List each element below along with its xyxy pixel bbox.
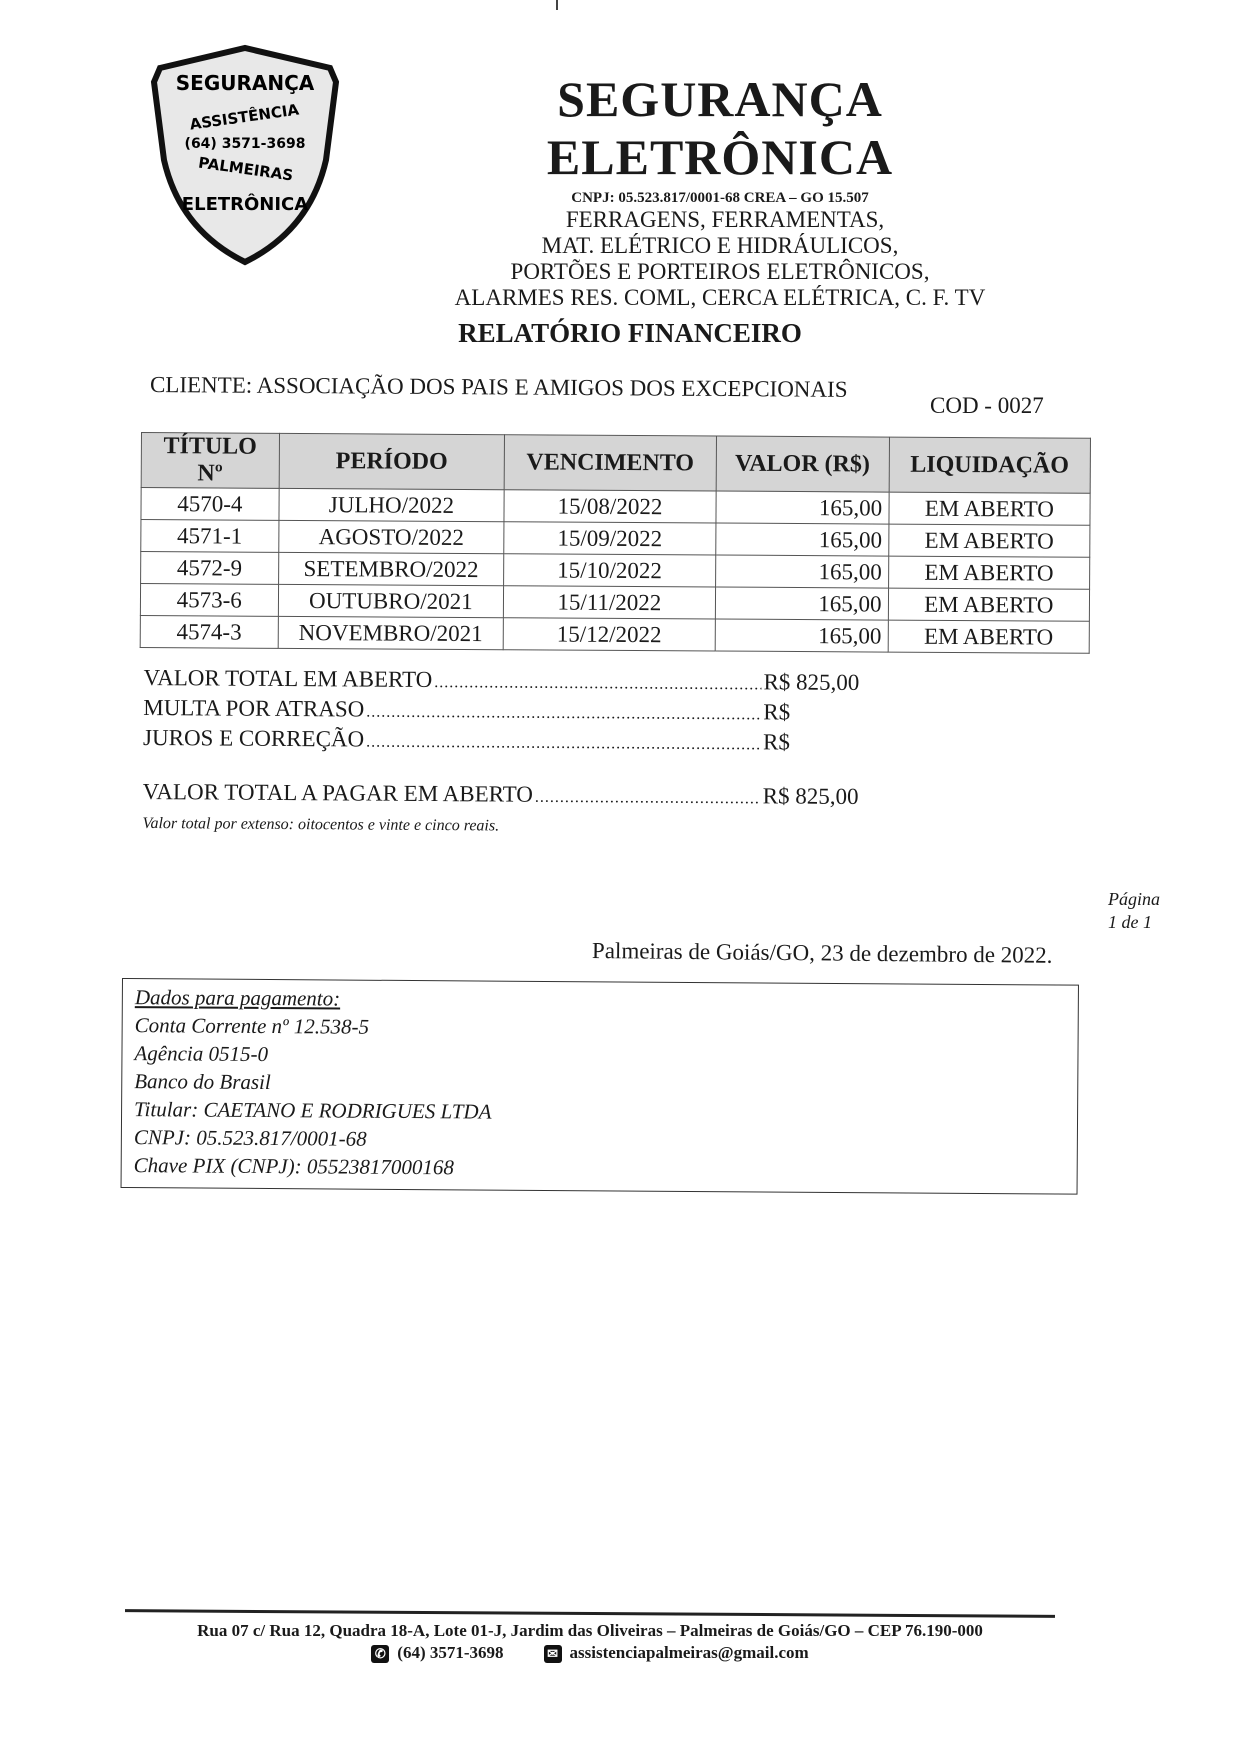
company-activity-line: MAT. ELÉTRICO E HIDRÁULICOS,	[390, 233, 1050, 259]
footer-phone: ✆(64) 3571-3698	[371, 1643, 503, 1663]
title-number: 4570-4	[141, 488, 279, 521]
footer-divider	[125, 1609, 1055, 1618]
interest-value: R$	[763, 728, 863, 756]
settlement-status: EM ABERTO	[889, 492, 1091, 525]
period: AGOSTO/2022	[278, 520, 504, 553]
footer-email[interactable]: ✉assistenciapalmeiras@gmail.com	[544, 1643, 809, 1663]
period: OUTUBRO/2021	[278, 584, 504, 617]
svg-text:SEGURANÇA: SEGURANÇA	[176, 71, 315, 95]
scan-mark	[556, 0, 558, 10]
amount: 165,00	[715, 555, 888, 588]
total-payable-row: VALOR TOTAL A PAGAR EM ABERTO R$ 825,00	[143, 778, 863, 813]
page-label: Página	[1108, 888, 1160, 911]
period: SETEMBRO/2022	[278, 552, 504, 585]
total-open-label: VALOR TOTAL EM ABERTO	[143, 664, 432, 693]
company-name: SEGURANÇA ELETRÔNICA	[390, 70, 1050, 186]
dot-leader	[535, 784, 761, 813]
due-date: 15/10/2022	[504, 554, 716, 587]
shield-logo-icon: SEGURANÇA ASSISTÊNCIA (64) 3571-3698 PAL…	[140, 40, 350, 270]
svg-text:ELETRÔNICA: ELETRÔNICA	[182, 193, 308, 215]
dot-leader	[434, 669, 761, 698]
amount: 165,00	[716, 491, 889, 524]
client-code: COD - 0027	[930, 393, 1044, 419]
column-header: PERÍODO	[279, 433, 505, 489]
title-number: 4571-1	[141, 520, 279, 553]
total-payable-value: R$ 825,00	[763, 782, 863, 810]
company-activity-line: FERRAGENS, FERRAMENTAS,	[390, 207, 1050, 233]
due-date: 15/11/2022	[504, 586, 716, 619]
totals-section: VALOR TOTAL EM ABERTO R$ 825,00 MULTA PO…	[142, 664, 863, 842]
company-logo: SEGURANÇA ASSISTÊNCIA (64) 3571-3698 PAL…	[140, 40, 350, 270]
interest-label: JUROS E CORREÇÃO	[143, 724, 364, 753]
due-date: 15/12/2022	[503, 618, 715, 651]
settlement-status: EM ABERTO	[888, 620, 1090, 653]
total-payable-label: VALOR TOTAL A PAGAR EM ABERTO	[143, 778, 533, 808]
dot-leader	[366, 729, 761, 759]
footer-address: Rua 07 c/ Rua 12, Quadra 18-A, Lote 01-J…	[125, 1621, 1055, 1641]
company-header: SEGURANÇA ELETRÔNICA CNPJ: 05.523.817/00…	[390, 70, 1050, 311]
due-date: 15/08/2022	[504, 490, 716, 523]
column-header: VALOR (R$)	[716, 436, 889, 492]
dot-leader	[366, 699, 761, 729]
svg-text:(64) 3571-3698: (64) 3571-3698	[185, 136, 306, 152]
phone-icon: ✆	[371, 1645, 389, 1663]
footer: Rua 07 c/ Rua 12, Quadra 18-A, Lote 01-J…	[125, 1612, 1055, 1663]
payment-line: Chave PIX (CNPJ): 05523817000168	[134, 1151, 1065, 1185]
report-title: RELATÓRIO FINANCEIRO	[380, 318, 880, 349]
company-cnpj: CNPJ: 05.523.817/0001-68 CREA – GO 15.50…	[390, 190, 1050, 207]
settlement-status: EM ABERTO	[888, 524, 1090, 557]
column-header: LIQUIDAÇÃO	[889, 437, 1091, 493]
envelope-icon: ✉	[544, 1645, 562, 1663]
page-indicator: Página 1 de 1	[1108, 888, 1160, 934]
due-date: 15/09/2022	[504, 522, 716, 555]
fine-value: R$	[763, 698, 863, 726]
company-activity-line: ALARMES RES. COML, CERCA ELÉTRICA, C. F.…	[390, 285, 1050, 311]
title-number: 4573-6	[140, 584, 278, 617]
payment-details-box: Dados para pagamento: Conta Corrente nº …	[121, 978, 1079, 1195]
total-open-value: R$ 825,00	[763, 668, 863, 696]
page-count: 1 de 1	[1108, 911, 1160, 934]
total-in-words: Valor total por extenso: oitocentos e vi…	[142, 810, 862, 842]
amount: 165,00	[715, 587, 888, 620]
amount: 165,00	[715, 619, 888, 652]
table-row: 4574-3 NOVEMBRO/2021 15/12/2022 165,00 E…	[140, 615, 1089, 653]
fine-label: MULTA POR ATRASO	[143, 694, 364, 723]
invoices-table: TÍTULO Nº PERÍODO VENCIMENTO VALOR (R$) …	[140, 432, 1091, 654]
title-number: 4572-9	[141, 552, 279, 585]
settlement-status: EM ABERTO	[888, 588, 1090, 621]
company-activity-line: PORTÕES E PORTEIROS ELETRÔNICOS,	[390, 259, 1050, 285]
period: JULHO/2022	[279, 488, 505, 521]
client-name: CLIENTE: ASSOCIAÇÃO DOS PAIS E AMIGOS DO…	[150, 372, 848, 403]
settlement-status: EM ABERTO	[888, 556, 1090, 589]
column-header: VENCIMENTO	[504, 435, 716, 491]
table-header-row: TÍTULO Nº PERÍODO VENCIMENTO VALOR (R$) …	[141, 433, 1090, 494]
amount: 165,00	[715, 523, 888, 556]
title-number: 4574-3	[140, 615, 278, 648]
period: NOVEMBRO/2021	[278, 616, 504, 649]
place-and-date: Palmeiras de Goiás/GO, 23 de dezembro de…	[592, 938, 1053, 969]
column-header: TÍTULO Nº	[141, 433, 279, 489]
